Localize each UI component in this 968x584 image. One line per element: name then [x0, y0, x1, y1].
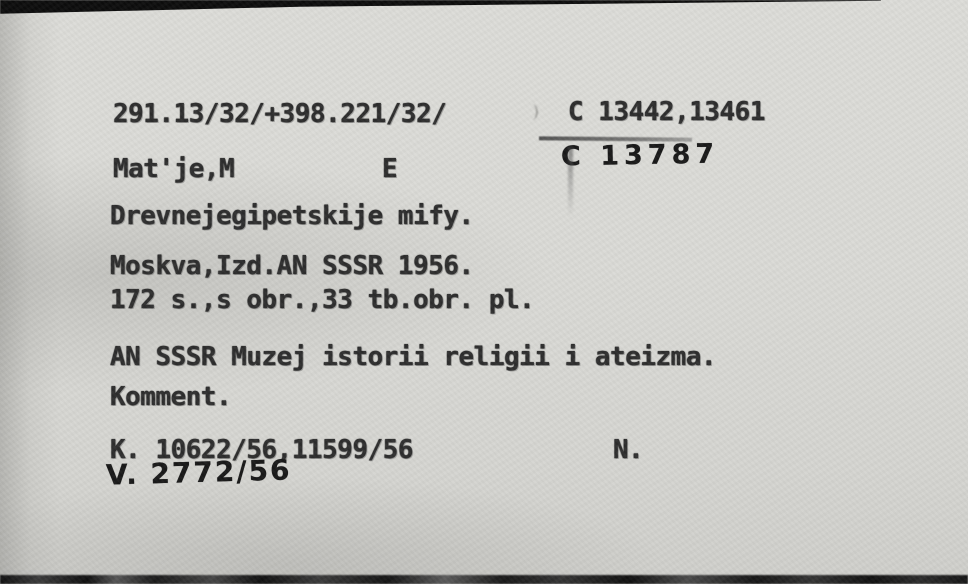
stray-pen-mark — [528, 104, 538, 120]
accession-number-typed: C 13442,13461 — [568, 99, 765, 125]
book-title: Drevnejegipetskije mify. — [110, 203, 474, 229]
scan-bottom-edge-next-card — [0, 575, 968, 584]
catalog-card-scan: 291.13/32/+398.221/32/ C 13442,13461 C 1… — [0, 0, 968, 584]
comment-note: Komment. — [110, 384, 231, 410]
author-initial: E — [382, 156, 397, 182]
imprint-line: Moskva,Izd.AN SSSR 1956. — [110, 253, 474, 279]
accession-number-handwritten: C 13787 — [561, 141, 720, 171]
record-number-handwritten: V. 2772/56 — [106, 456, 292, 489]
pen-smudge-mark — [568, 147, 573, 217]
collation-line: 172 s.,s obr.,33 tb.obr. pl. — [110, 287, 534, 313]
record-letter: N. — [613, 437, 643, 463]
series-note: AN SSSR Muzej istorii religii i ateizma. — [110, 344, 716, 370]
classification-number: 291.13/32/+398.221/32/ — [113, 101, 446, 127]
scan-top-edge-shadow — [0, 0, 968, 15]
author-name: Mat'je,M — [113, 156, 234, 182]
